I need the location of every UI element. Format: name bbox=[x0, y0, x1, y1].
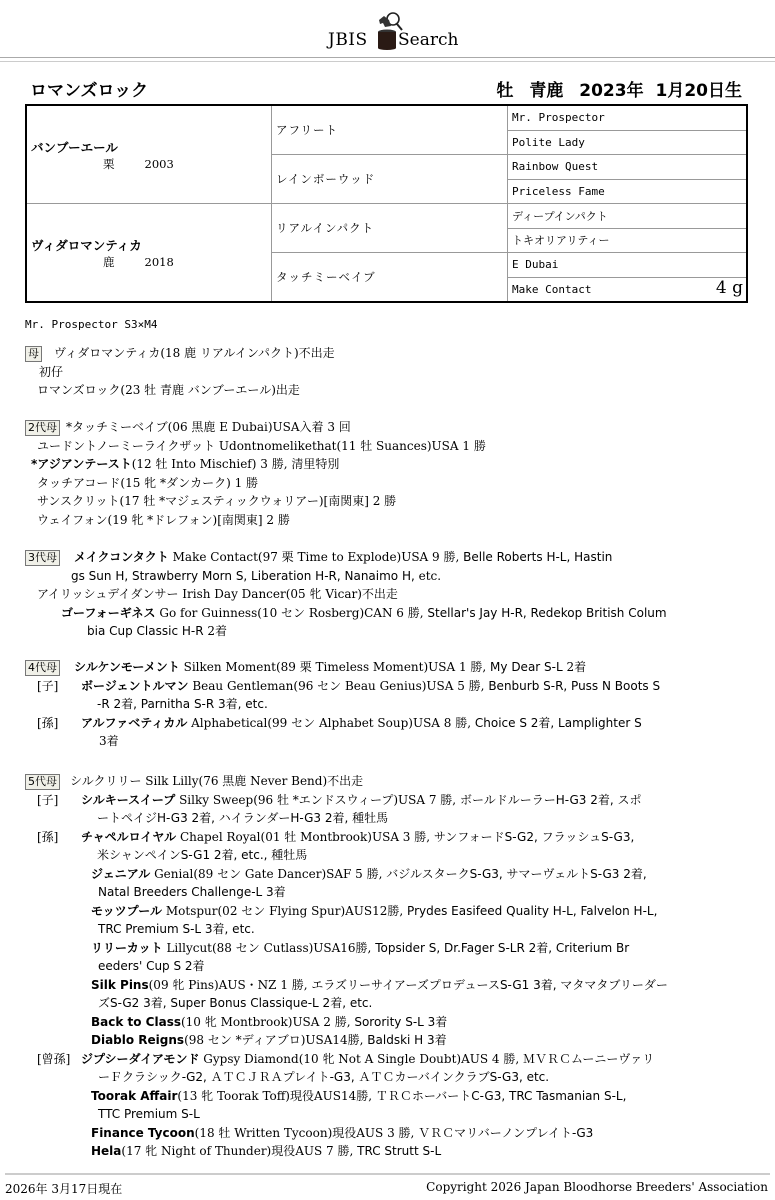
pedigree-gen3-3[interactable]: Rainbow Quest bbox=[508, 155, 748, 180]
dam-section: 母ヴィダロマンティカ(18 鹿 リアルインパクト)不出走 初仔 ロマンズロック(… bbox=[25, 344, 335, 400]
pedigree-sire-dam[interactable]: レインボーウッド bbox=[272, 155, 508, 204]
horse-birth-date: 1月20日生 bbox=[656, 81, 743, 101]
gen3-progeny-2: ゴーフォーギネス Go for Guinness(10 セン Rosberg)C… bbox=[25, 604, 667, 623]
gen-label-3: 3代母 bbox=[25, 550, 60, 566]
horse-name: ロマンズロック bbox=[30, 76, 148, 101]
gen5-progeny-3: ジェニアル Genial(89 セン Gate Dancer)SAF 5 勝, … bbox=[25, 865, 668, 884]
gen4-progeny-1: [子]ボージェントルマン Beau Gentleman(96 セン Beau G… bbox=[25, 677, 660, 696]
gen5-progeny-11: Finance Tycoon(18 牡 Written Tycoon)現役AUS… bbox=[25, 1124, 668, 1143]
sire-name: バンブーエール bbox=[31, 138, 267, 156]
horse-title-row: ロマンズロック 牡 青鹿 2023年 1月20日生 bbox=[30, 76, 750, 102]
jbis-search-logo[interactable]: JBIS Search bbox=[328, 8, 458, 54]
header-divider bbox=[0, 57, 775, 62]
gen5-progeny-5: リリーカット Lillycut(88 セン Cutlass)USA16勝, To… bbox=[25, 939, 668, 958]
pedigree-dam-dam[interactable]: タッチミーベイブ bbox=[272, 253, 508, 303]
gen-label-2: 2代母 bbox=[25, 420, 60, 436]
gen2-progeny-2: *アジアンテースト(12 牡 Into Mischief) 3 勝, 清里特別 bbox=[25, 455, 486, 474]
dam-line: ヴィダロマンティカ(18 鹿 リアルインパクト)不出走 bbox=[54, 346, 335, 360]
logo-text-search: Search bbox=[398, 30, 458, 50]
gen3-8-name: Make Contact bbox=[512, 283, 591, 296]
gen3-dam-section: 3代母メイクコンタクト Make Contact(97 栗 Time to Ex… bbox=[25, 548, 667, 641]
gen5-progeny-6: Silk Pins(09 牝 Pins)AUS・NZ 1 勝, エラズリーサイア… bbox=[25, 976, 668, 995]
pedigree-gen3-7[interactable]: E Dubai bbox=[508, 253, 748, 278]
gen2-progeny-3: タッチアコード(15 牝 *ダンカーク) 1 勝 bbox=[25, 474, 486, 493]
horse-sex: 牡 bbox=[496, 81, 513, 101]
sire-color: 栗 bbox=[103, 157, 115, 171]
dam-year: 2018 bbox=[145, 255, 174, 269]
footer-divider bbox=[5, 1173, 770, 1175]
gen4-progeny-2: [孫]アルファベティカル Alphabetical(99 セン Alphabet… bbox=[25, 714, 660, 733]
gen-label-5: 5代母 bbox=[25, 774, 60, 790]
gen5-progeny-1: [子]シルキースイープ Silky Sweep(96 牡 *エンドスウィープ)U… bbox=[25, 791, 668, 810]
pedigree-sire[interactable]: バンブーエール 栗2003 bbox=[26, 105, 272, 204]
family-number: 4 g bbox=[716, 278, 743, 298]
gen5-dam-section: 5代母シルクリリー Silk Lilly(76 黒鹿 Never Bend)不出… bbox=[25, 772, 668, 1161]
gen5-progeny-10: Toorak Affair(13 牝 Toorak Toff)現役AUS14勝,… bbox=[25, 1087, 668, 1106]
gen-label-4: 4代母 bbox=[25, 660, 60, 676]
copyright: Copyright 2026 Japan Bloodhorse Breeders… bbox=[426, 1180, 768, 1194]
dam-progeny-line: ロマンズロック(23 牡 青鹿 バンブーエール)出走 bbox=[25, 381, 335, 400]
logo-text-jbis: JBIS bbox=[328, 30, 368, 50]
pedigree-gen3-4[interactable]: Priceless Fame bbox=[508, 179, 748, 204]
header: JBIS Search bbox=[0, 0, 775, 60]
pedigree-gen3-5[interactable]: ディープインパクト bbox=[508, 204, 748, 229]
inbreeding-note: Mr. Prospector S3×M4 bbox=[25, 318, 157, 331]
gen2-dam-section: 2代母*タッチミーベイブ(06 黒鹿 E Dubai)USA入着 3 回 ユード… bbox=[25, 418, 486, 529]
pedigree-table: バンブーエール 栗2003 アフリート Mr. Prospector Polit… bbox=[25, 104, 748, 303]
gen4-dam-section: 4代母シルケンモーメント Silken Moment(89 栗 Timeless… bbox=[25, 658, 660, 751]
pedigree-gen3-6[interactable]: トキオリアリティー bbox=[508, 228, 748, 253]
gen5-progeny-2: [孫]チャペルロイヤル Chapel Royal(01 牡 Montbrook)… bbox=[25, 828, 668, 847]
horse-birth-year: 2023年 bbox=[579, 81, 643, 101]
dam-first-foal-label: 初仔 bbox=[25, 363, 335, 382]
dam-name: ヴィダロマンティカ bbox=[31, 236, 267, 254]
as-of-date: 2026年 3月17日現在 bbox=[5, 1180, 122, 1197]
dam-color: 鹿 bbox=[103, 255, 115, 269]
gen5-progeny-7: Back to Class(10 牝 Montbrook)USA 2 勝, So… bbox=[25, 1013, 668, 1032]
gen3-progeny-1: アイリッシュデイダンサー Irish Day Dancer(05 牝 Vicar… bbox=[25, 585, 667, 604]
pedigree-gen3-1[interactable]: Mr. Prospector bbox=[508, 105, 748, 130]
gen5-progeny-4: モッツプール Motspur(02 セン Flying Spur)AUS12勝,… bbox=[25, 902, 668, 921]
gen5-progeny-8: Diablo Reigns(98 セン *ディアブロ)USA14勝, Balds… bbox=[25, 1031, 668, 1050]
gen2-progeny-1: ユードントノーミーライクザット Udontnomelikethat(11 牡 S… bbox=[25, 437, 486, 456]
pedigree-sire-sire[interactable]: アフリート bbox=[272, 105, 508, 155]
pedigree-gen3-2[interactable]: Polite Lady bbox=[508, 130, 748, 155]
pedigree-dam-sire[interactable]: リアルインパクト bbox=[272, 204, 508, 253]
horse-color: 青鹿 bbox=[529, 81, 563, 101]
gen5-progeny-9: [曾孫]ジプシーダイアモンド Gypsy Diamond(10 牝 Not A … bbox=[25, 1050, 668, 1069]
horse-profile: 牡 青鹿 2023年 1月20日生 bbox=[486, 76, 742, 101]
gen5-progeny-12: Hela(17 牝 Night of Thunder)現役AUS 7 勝, TR… bbox=[25, 1142, 668, 1161]
gen2-progeny-5: ウェイフォン(19 牝 *ドレフォン)[南関東] 2 勝 bbox=[25, 511, 486, 530]
gen-label-dam: 母 bbox=[25, 346, 42, 362]
sire-year: 2003 bbox=[145, 157, 174, 171]
gen2-progeny-4: サンスクリット(17 牡 *マジェスティックウォリアー)[南関東] 2 勝 bbox=[25, 492, 486, 511]
pedigree-dam[interactable]: ヴィダロマンティカ 鹿2018 bbox=[26, 204, 272, 303]
pedigree-gen3-8[interactable]: Make Contact4 g bbox=[508, 277, 748, 302]
gen2-dam-line: *タッチミーベイブ(06 黒鹿 E Dubai)USA入着 3 回 bbox=[66, 420, 351, 434]
